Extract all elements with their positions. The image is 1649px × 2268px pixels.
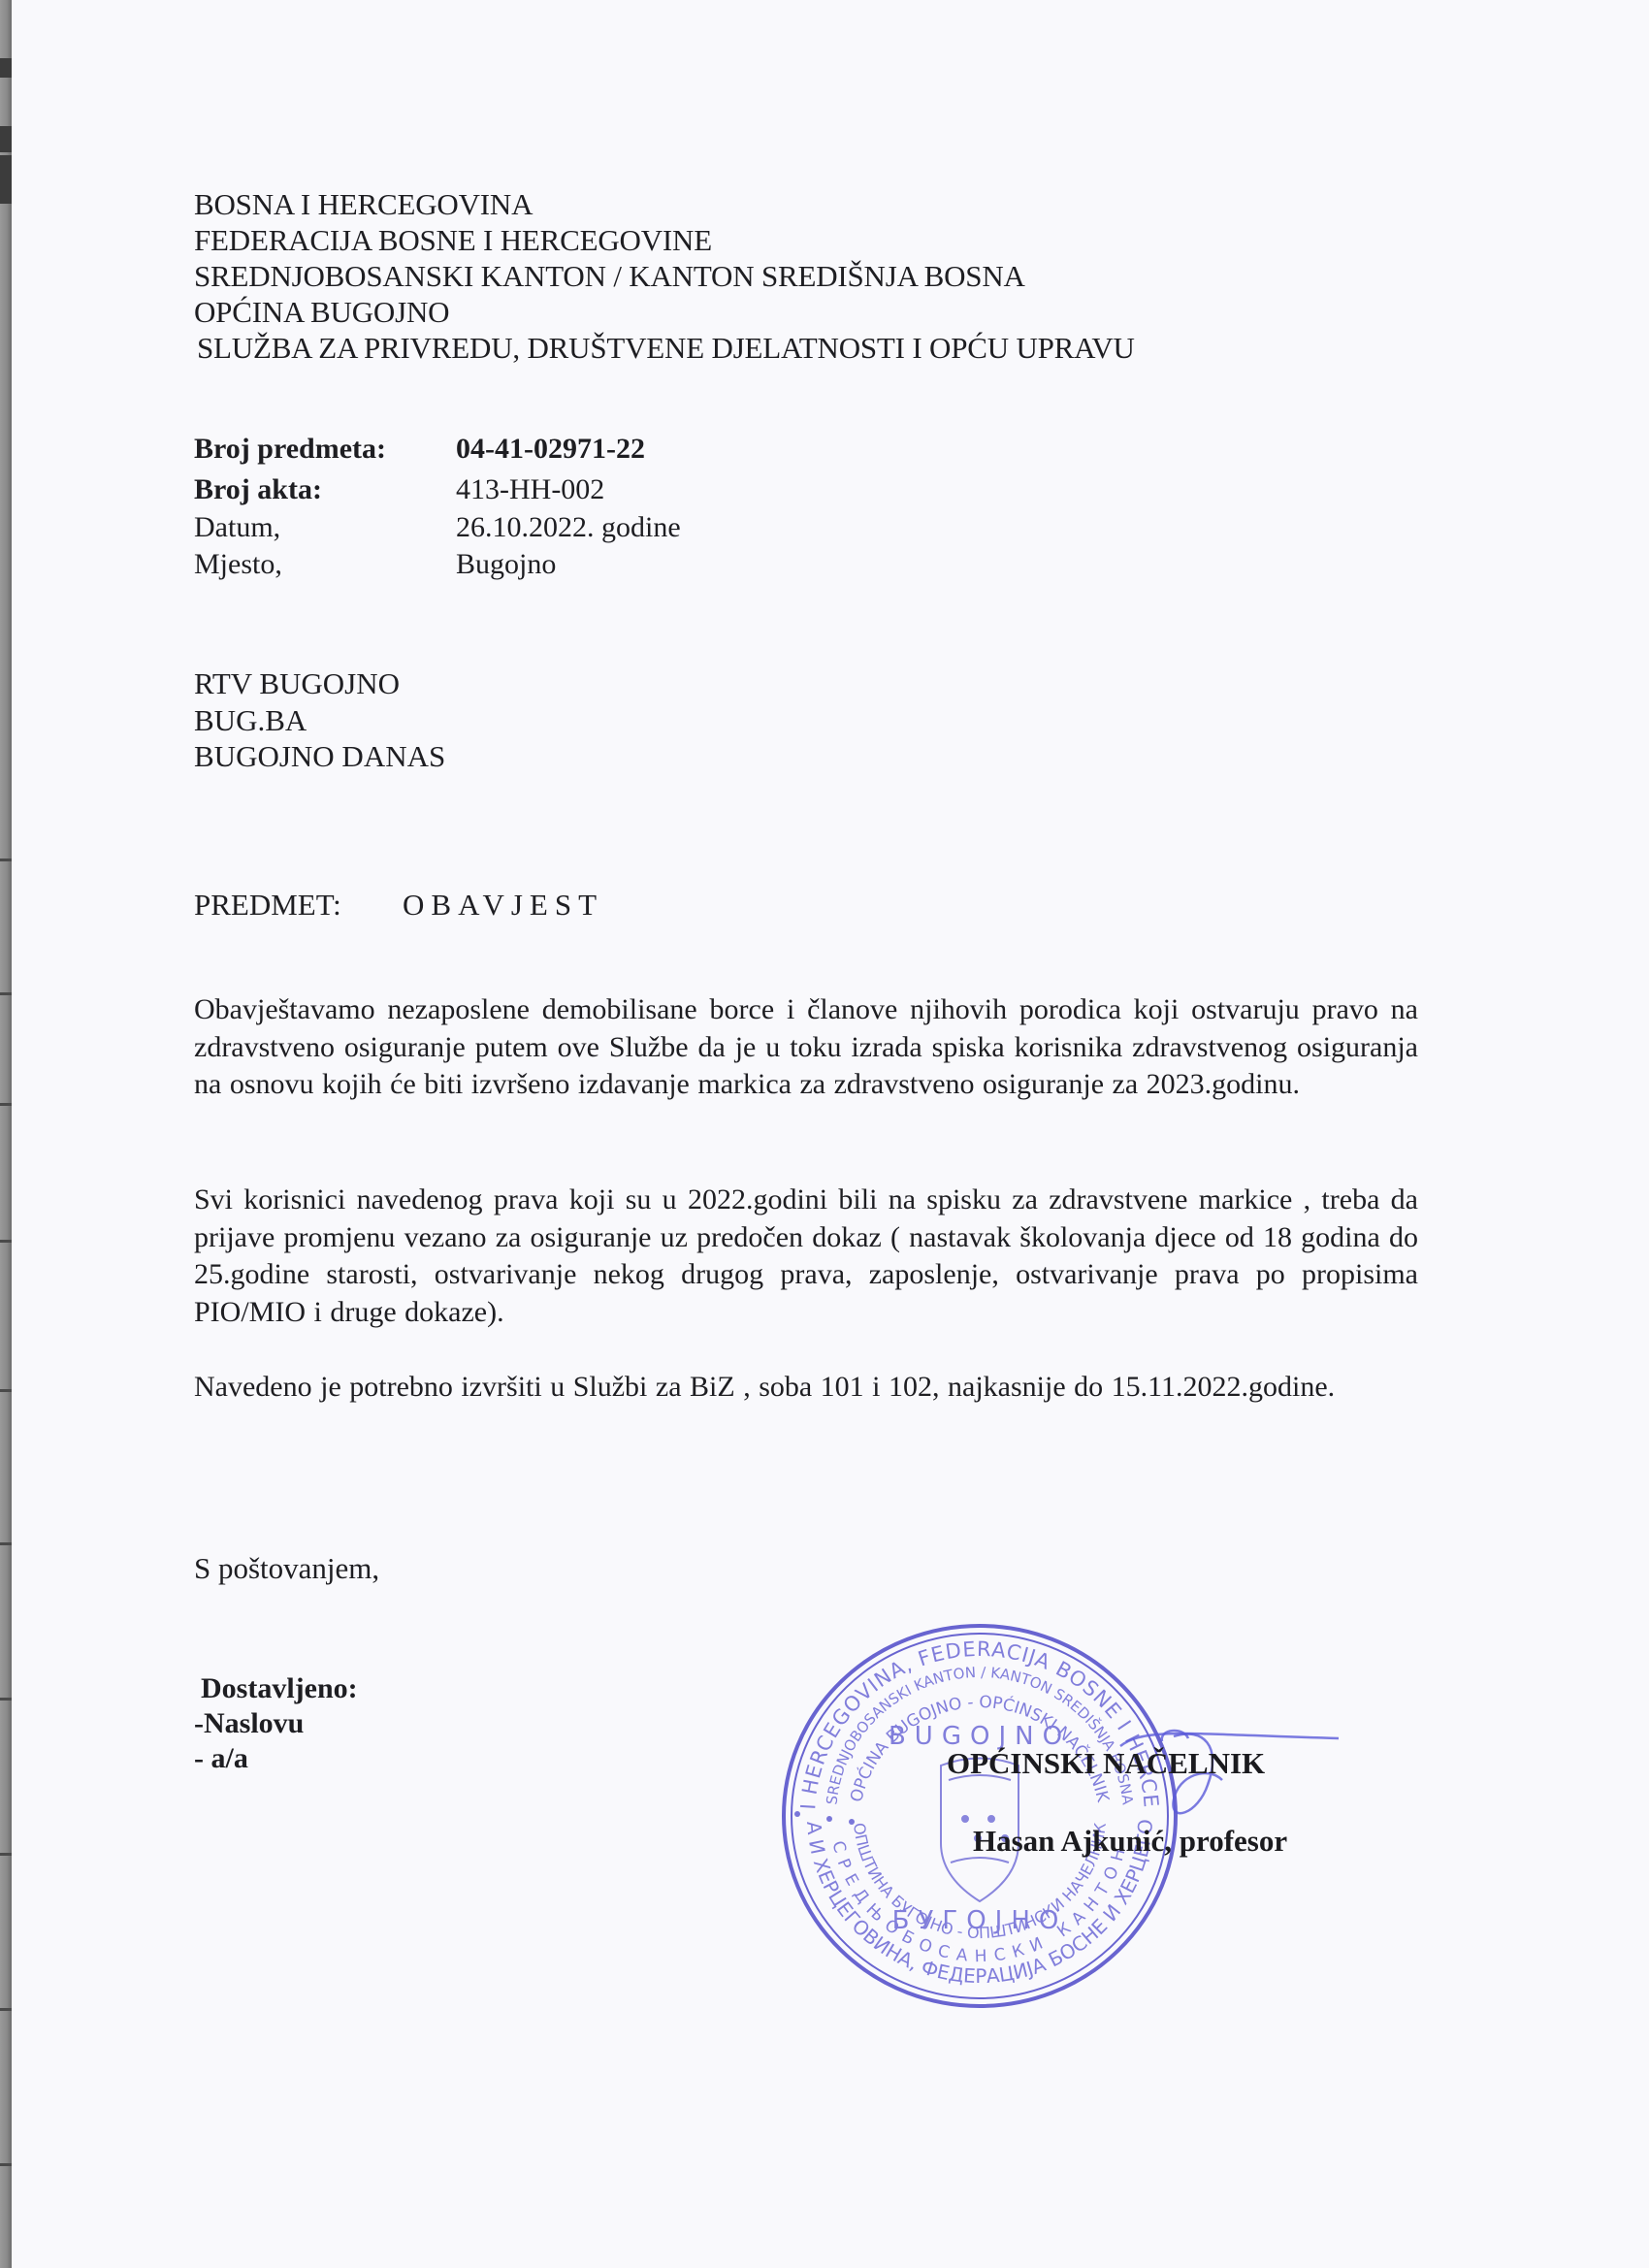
letterhead-canton: SREDNJOBOSANSKI KANTON / KANTON SREDIŠNJ… (194, 258, 1025, 294)
meta-act-number-label: Broj akta: (194, 471, 322, 508)
recipient: BUG.BA (194, 702, 307, 738)
subject-value: OBAVJEST (403, 887, 603, 923)
letter-page: BOSNA I HERCEGOVINA FEDERACIJA BOSNE I H… (0, 0, 1649, 2268)
delivery-item: - a/a (194, 1741, 248, 1776)
delivery-item: -Naslovu (194, 1706, 304, 1741)
meta-place-label: Mjesto, (194, 546, 282, 583)
meta-act-number-value: 413-HH-002 (456, 471, 604, 508)
recipient: RTV BUGOJNO (194, 665, 400, 701)
delivery-label: Dostavljeno: (201, 1671, 358, 1706)
signatory-name: Hasan Ajkunić, profesor (973, 1823, 1287, 1860)
recipient: BUGOJNO DANAS (194, 738, 445, 774)
subject-label: PREDMET: (194, 887, 341, 923)
signatory-title: OPĆINSKI NAČELNIK (947, 1745, 1265, 1782)
letterhead-municipality: OPĆINA BUGOJNO (194, 294, 449, 330)
letterhead-country: BOSNA I HERCEGOVINA (194, 186, 533, 222)
letterhead-federation: FEDERACIJA BOSNE I HERCEGOVINE (194, 222, 712, 258)
svg-text:БУГОЈНО: БУГОЈНО (892, 1906, 1068, 1935)
body-paragraph: Svi korisnici navedenog prava koji su u … (194, 1182, 1418, 1331)
body-paragraph: Obavještavamo nezaposlene demobilisane b… (194, 991, 1418, 1104)
meta-case-number-label: Broj predmeta: (194, 431, 386, 468)
meta-date-value: 26.10.2022. godine (456, 509, 681, 546)
meta-place-value: Bugojno (456, 546, 556, 583)
meta-case-number-value: 04-41-02971-22 (456, 431, 645, 468)
body-paragraph: Navedeno je potrebno izvršiti u Službi z… (194, 1369, 1418, 1407)
letterhead-department: SLUŽBA ZA PRIVREDU, DRUŠTVENE DJELATNOST… (197, 330, 1135, 366)
meta-date-label: Datum, (194, 509, 280, 546)
closing-salutation: S poštovanjem, (194, 1550, 379, 1587)
